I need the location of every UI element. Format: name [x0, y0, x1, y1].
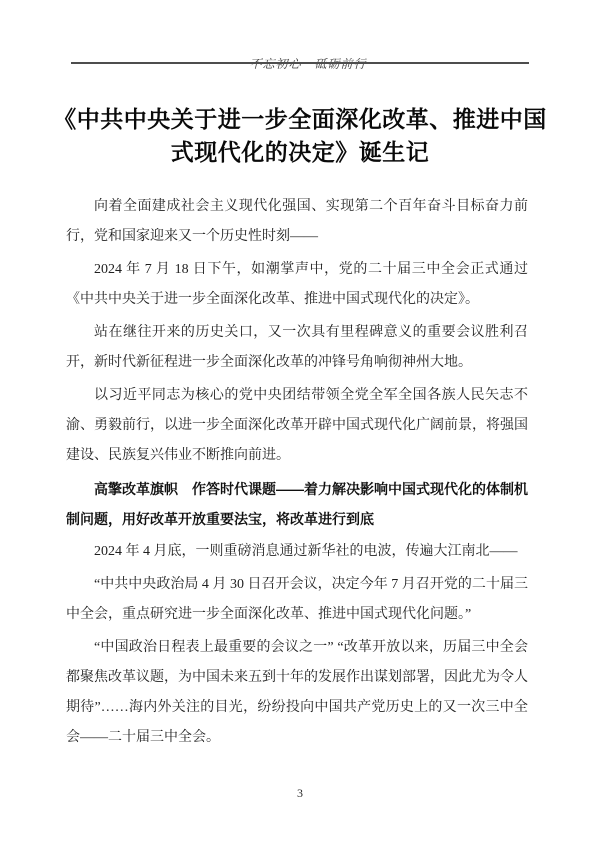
document-title-line-2: 式现代化的决定》诞生记: [36, 136, 564, 169]
header-divider: [71, 62, 529, 64]
document-title: 《中共中央关于进一步全面深化改革、推进中国 式现代化的决定》诞生记: [36, 103, 564, 169]
document-body: 向着全面建成社会主义现代化强国、实现第二个百年奋斗目标奋力前行，党和国家迎来又一…: [66, 192, 528, 756]
body-paragraph-2: 2024 年 7 月 18 日下午，如潮掌声中，党的二十届三中全会正式通过《中共…: [66, 255, 528, 315]
body-paragraph-7: “中共中央政治局 4 月 30 日召开会议，决定今年 7 月召开党的二十届三中全…: [66, 570, 528, 630]
body-paragraph-1: 向着全面建成社会主义现代化强国、实现第二个百年奋斗目标奋力前行，党和国家迎来又一…: [66, 192, 528, 252]
document-page: 不忘初心 砥砺前行 《中共中央关于进一步全面深化改革、推进中国 式现代化的决定》…: [0, 0, 600, 848]
running-header-text: 不忘初心 砥砺前行: [249, 57, 366, 71]
body-paragraph-3: 站在继往开来的历史关口，又一次具有里程碑意义的重要会议胜利召开，新时代新征程进一…: [66, 318, 528, 378]
page-number: 3: [0, 786, 600, 801]
body-paragraph-8: “中国政治日程表上最重要的会议之一” “改革开放以来，历届三中全会都聚焦改革议题…: [66, 633, 528, 753]
document-title-line-1: 《中共中央关于进一步全面深化改革、推进中国: [36, 103, 564, 136]
body-paragraph-4: 以习近平同志为核心的党中央团结带领全党全军全国各族人民矢志不渝、勇毅前行，以进一…: [66, 381, 528, 471]
body-paragraph-6: 2024 年 4 月底，一则重磅消息通过新华社的电波，传遍大江南北——: [66, 537, 528, 567]
section-heading: 高擎改革旗帜 作答时代课题——着力解决影响中国式现代化的体制机制问题，用好改革开…: [66, 474, 528, 534]
